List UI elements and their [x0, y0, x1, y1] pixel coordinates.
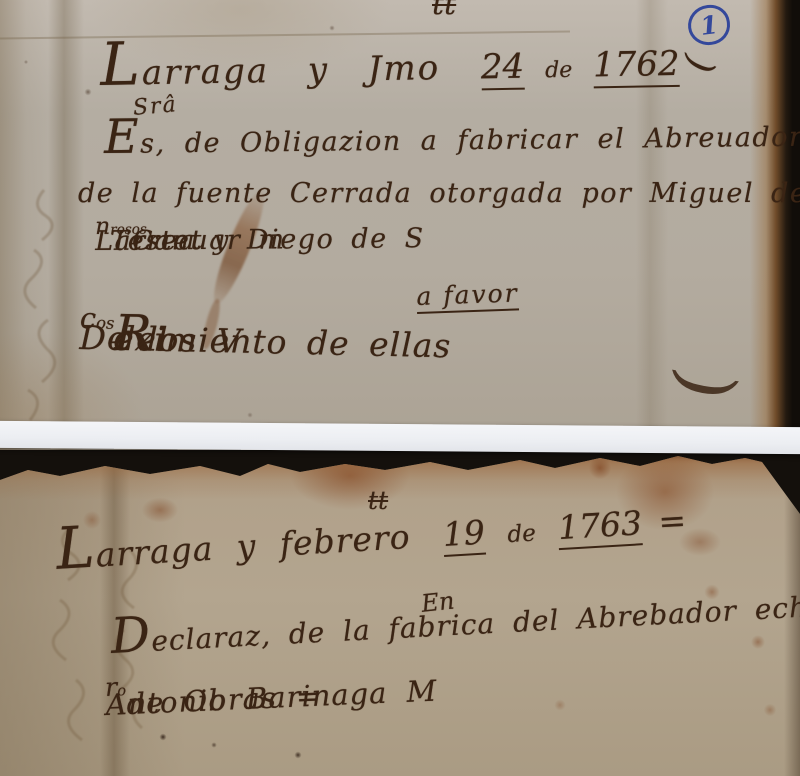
pen-flourish: ) — [678, 52, 724, 77]
title-year: 1762 — [593, 44, 680, 89]
masters-sup-n: n — [95, 221, 110, 237]
masters-sup-os: os — [132, 221, 147, 237]
favor-line: a favor — [416, 278, 519, 314]
paper-crease-line — [0, 31, 570, 40]
title-de: de — [545, 57, 573, 83]
title-year: 1763 — [557, 503, 643, 550]
pen-swash-right-margin: ) — [662, 363, 752, 406]
page-number: 1 — [699, 10, 720, 41]
footer-line-reximiento: De los Vcos del Reximiento de ellas — [79, 318, 114, 358]
body-line-masters: Larrea y Diego de Sn Testeuar mros Canto… — [95, 226, 147, 258]
footer-text-c: eximiento de ellas — [114, 319, 452, 366]
title-place-month: Larraga y Jmo — [100, 42, 441, 94]
masters-sup-ros: ros — [110, 221, 132, 237]
torn-right-edge — [750, 0, 800, 452]
body-line-fuente: de la fuente Cerrada otorgada por Miguel… — [78, 178, 800, 209]
footer-sup-cos: cos — [80, 313, 115, 333]
photo-bottom-document-1763: tt Larraga y febrero 19 de 1763 = En Dec… — [0, 450, 800, 776]
maestro-sup-ro: ro — [105, 683, 127, 700]
title-de: de — [507, 521, 537, 549]
body-line-maestro: Antonio Barinaga Mro de Obras = — [105, 687, 127, 722]
title-day: 19 — [442, 513, 486, 557]
top-margin-cross-mark: tt — [368, 486, 388, 515]
top-margin-cross-mark: tt — [432, 0, 456, 22]
title-line-1762: Larraga y Jmo 24 de 1762 ) — [100, 37, 705, 97]
photo-top-document-1762: tt 1 Larraga y Jmo 24 de 1762 ) Srâ Es, … — [0, 0, 800, 452]
manuscript-photo-montage: tt 1 Larraga y Jmo 24 de 1762 ) Srâ Es, … — [0, 0, 800, 776]
title-equals: = — [657, 501, 687, 542]
title-day: 24 — [481, 47, 525, 91]
bleedthrough-marks — [4, 180, 74, 430]
body-line-obligacion: Es, de Obligazion a fabricar el Abreuado… — [104, 117, 800, 160]
